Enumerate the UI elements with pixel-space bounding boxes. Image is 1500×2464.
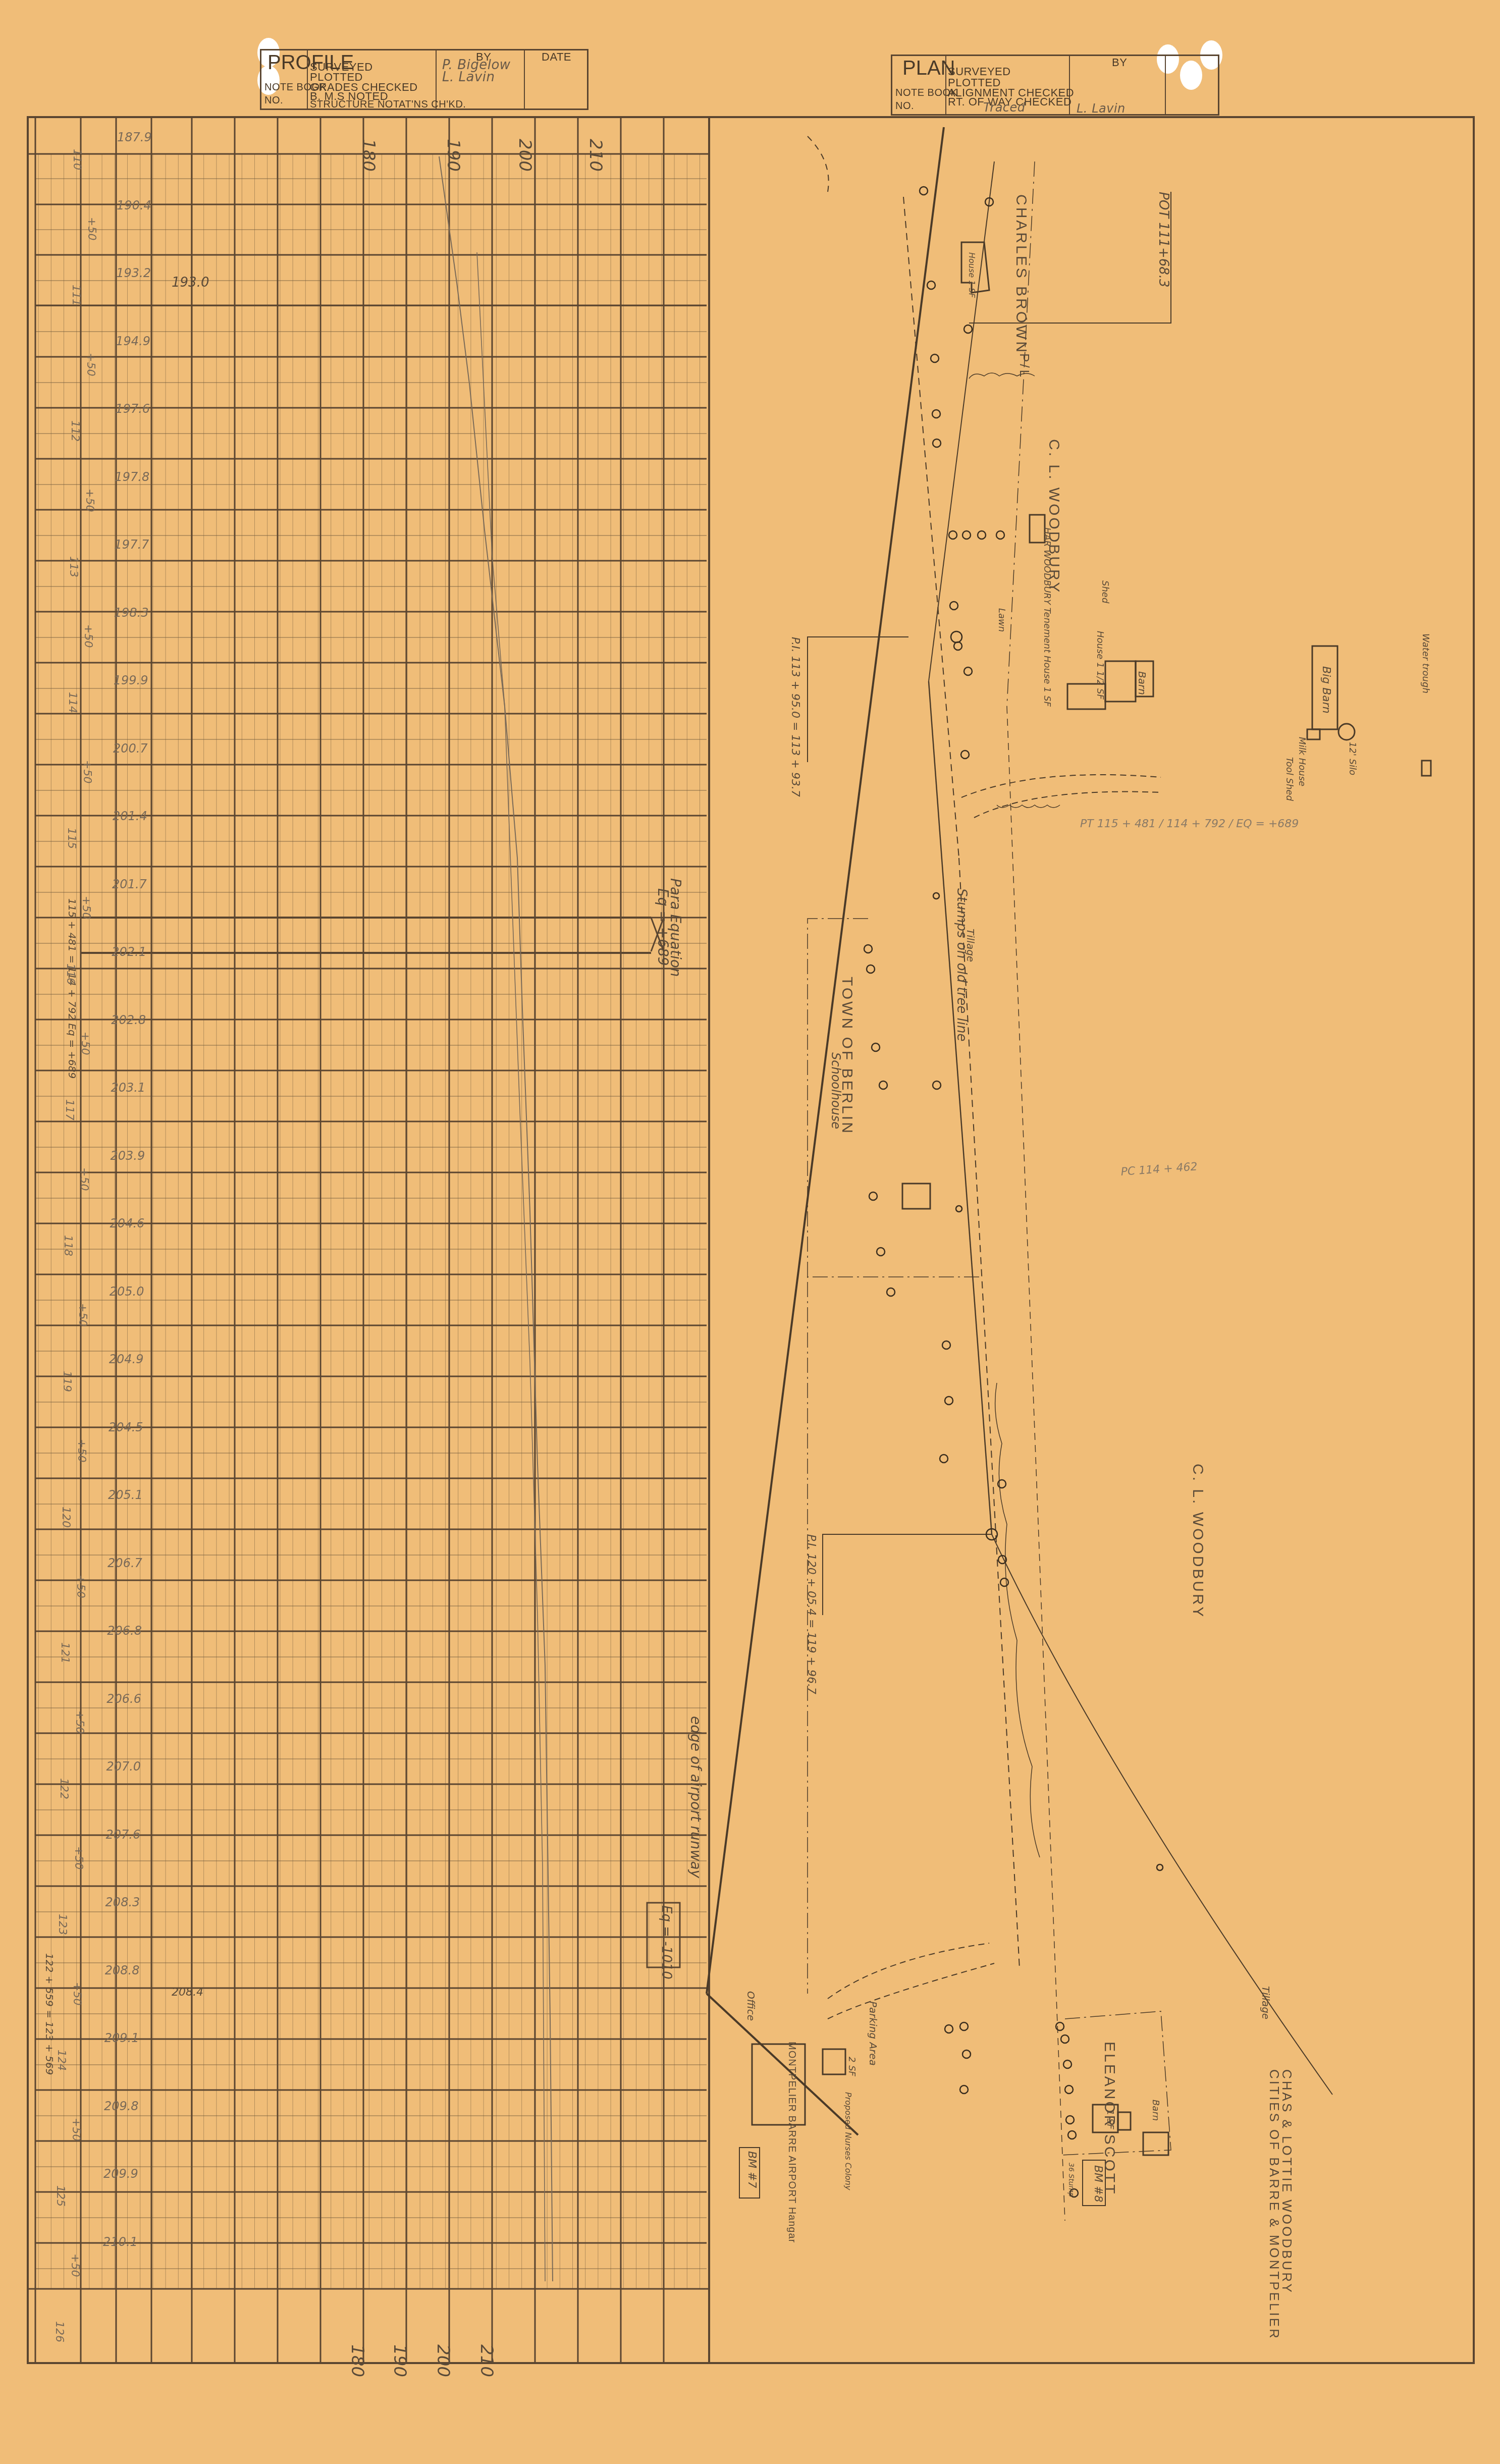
station-label: 118 <box>62 1235 74 1256</box>
station-label: 123 <box>56 1914 69 1935</box>
station-label: 125 <box>54 2185 67 2207</box>
station-label: +50 <box>72 1846 85 1869</box>
drawing-sheet: PROFILE NOTE BOOK NO. BY DATE SURVEYED P… <box>0 0 1500 2464</box>
ground-elevation-label: 199.9 <box>114 673 148 687</box>
note-pt: PT 115 + 481 / 114 + 792 / EQ = +689 <box>1080 818 1299 830</box>
ground-elevation-label: 208.8 <box>105 1963 140 1977</box>
ground-elevation-label: 193.2 <box>116 266 151 280</box>
station-label: +50 <box>83 489 96 512</box>
building-milk-house: Milk House <box>1297 737 1307 786</box>
station-label: 111 <box>70 285 82 306</box>
note-pl: P/L <box>1016 353 1032 379</box>
ground-elevation-label: 207.6 <box>106 1828 141 1842</box>
note-1930: 193.0 <box>172 275 209 290</box>
station-label: 119 <box>61 1371 73 1392</box>
building-2sf: 2 SF <box>846 2057 857 2076</box>
building-house-1sf: House 1 SF <box>967 252 977 298</box>
station-label: 122 <box>58 1778 70 1799</box>
station-label: +50 <box>81 760 93 783</box>
building-silo: 12' Silo <box>1347 742 1358 775</box>
building-office: Office <box>745 1991 757 2021</box>
area-lawn: Lawn <box>996 608 1007 632</box>
ground-elevation-label: 209.1 <box>104 2031 139 2045</box>
note-pi-1: P.I. 113 + 95.0 = 113 + 93.7 <box>789 637 801 797</box>
ground-elevation-label: 204.6 <box>110 1216 145 1230</box>
station-label: 112 <box>69 420 81 442</box>
ground-elevation-label: 204.9 <box>109 1352 144 1366</box>
ground-elevation-label: 201.7 <box>112 877 147 891</box>
ground-elevation-label: 203.9 <box>111 1149 145 1163</box>
station-label: 117 <box>63 1099 76 1120</box>
station-label: 120 <box>60 1507 72 1528</box>
plan-symbols <box>864 187 1163 2197</box>
station-label: +50 <box>75 1439 88 1462</box>
elev-label-190: 190 <box>443 139 463 172</box>
plan-linework <box>707 127 1431 2221</box>
ground-elevation-label: 202.8 <box>111 1013 146 1027</box>
ground-elevation-label: 197.6 <box>115 402 150 416</box>
ground-elevation-label: 201.4 <box>113 809 147 823</box>
ground-elevation-label: 207.0 <box>106 1759 141 1774</box>
ground-elevation-label: 206.6 <box>106 1692 141 1706</box>
station-label: +50 <box>82 624 94 648</box>
ground-elevation-label: 206.8 <box>107 1624 142 1638</box>
station-label: 113 <box>67 556 80 577</box>
area-parking: Parking Area <box>867 2001 879 2066</box>
station-label: +50 <box>80 896 92 919</box>
ground-elevation-label: 187.9 <box>117 130 152 144</box>
note-pot: POT 111+68.3 <box>1156 192 1171 288</box>
station-eq-2: 122 + 559 = 123 + 569 <box>43 1953 56 2075</box>
ground-elevation-label: 197.7 <box>115 538 149 552</box>
station-label: +50 <box>76 1303 89 1326</box>
building-schoolhouse: Schoolhouse <box>829 1052 843 1129</box>
station-label: +50 <box>73 1710 86 1734</box>
note-stumps: Stumps on old tree line <box>954 888 969 1041</box>
building-barn: Barn <box>1136 671 1148 695</box>
owner-cl-woodbury-2: C. L. WOODBURY <box>1189 1464 1206 1619</box>
building-barn-scott: Barn <box>1150 2100 1161 2121</box>
para-equation-value: Eq = +689 <box>655 888 671 966</box>
ground-elevation-label: 210.1 <box>103 2235 138 2249</box>
station-label: +50 <box>78 1167 90 1191</box>
station-label: +50 <box>84 353 97 376</box>
note-pi-2: P.I. 120 + 05.4 = 119 + 96.7 <box>805 1534 818 1694</box>
benchmark-8: BM #8 <box>1092 2165 1104 2203</box>
station-label: 110 <box>71 149 83 170</box>
station-label: +50 <box>74 1575 87 1598</box>
building-shed: Shed <box>1100 580 1110 603</box>
station-label: +50 <box>71 1982 83 2005</box>
station-label: 116 <box>64 963 77 985</box>
ground-elevation-label: 190.4 <box>117 198 151 212</box>
ground-elevation-label: 198.3 <box>114 606 149 620</box>
ground-elevation-label: 209.8 <box>104 2099 139 2113</box>
station-label: 121 <box>59 1642 71 1664</box>
station-label: 124 <box>55 2050 68 2071</box>
elev-label-180: 180 <box>358 139 379 172</box>
ground-elevation-label: 197.8 <box>115 470 150 484</box>
elev-label-210: 210 <box>585 139 606 172</box>
building-water-trough: Water trough <box>1420 633 1431 693</box>
runway-annotation: edge of airport runway <box>687 1716 704 1878</box>
ground-elevation-label: 194.9 <box>116 334 150 348</box>
area-tillage-2: Tillage <box>1260 1986 1272 2019</box>
station-label: +50 <box>79 1032 91 1055</box>
ground-elevation-label: 204.5 <box>109 1420 143 1434</box>
ground-elevation-label: 205.1 <box>108 1488 143 1502</box>
elev-label-210-bottom: 210 <box>476 2344 497 2377</box>
owner-charles-brown: CHARLES BROWN <box>1012 194 1030 354</box>
note-2084: 208.4 <box>172 1986 203 1999</box>
ground-elevation-label: 206.7 <box>108 1556 142 1570</box>
elev-label-200: 200 <box>515 139 535 172</box>
elev-label-180-bottom: 180 <box>347 2344 367 2377</box>
building-tenement-house: HAR WOODBURY Tenement House 1 SF <box>1042 527 1052 707</box>
station-label: +50 <box>70 2118 82 2141</box>
building-proposed: Proposed Nurses Colony <box>843 2092 853 2190</box>
equation-2-value: Eq = -1010 <box>659 1905 674 1979</box>
building-1sf-scott: 1 SF <box>1105 2110 1115 2129</box>
ground-elevation-label: 203.1 <box>111 1081 145 1095</box>
building-house-1-5sf: House 1 1/2 SF <box>1095 631 1105 700</box>
building-airport-hangar: MONTPELIER BARRE AIRPORT Hangar <box>786 2042 797 2243</box>
building-big-barn: Big Barn <box>1320 666 1332 714</box>
station-label: 115 <box>65 828 78 849</box>
station-label: 114 <box>66 692 79 713</box>
profile-grid <box>28 117 709 2363</box>
ground-elevation-label: 205.0 <box>110 1284 144 1299</box>
elev-label-200-bottom: 200 <box>433 2344 453 2377</box>
station-eq-1: 115 + 481 = 114 + 792 Eq = +689 <box>66 898 78 1079</box>
station-label: 126 <box>53 2321 66 2342</box>
building-tool-shed: Tool Shed <box>1284 757 1295 801</box>
owner-cities-barre-montpelier: CITIES OF BARRE & MONTPELIER <box>1266 2069 1282 2340</box>
ground-elevation-label: 208.3 <box>105 1895 140 1909</box>
station-label: +50 <box>85 217 98 240</box>
benchmark-7: BM #7 <box>745 2151 758 2188</box>
note-stump: 36 Stump <box>1067 2163 1075 2197</box>
ground-elevation-label: 209.9 <box>103 2167 138 2181</box>
ground-elevation-label: 202.1 <box>112 945 146 959</box>
station-label: +50 <box>69 2254 81 2277</box>
elev-label-190-bottom: 190 <box>390 2344 410 2377</box>
ground-elevation-label: 200.7 <box>113 741 148 756</box>
